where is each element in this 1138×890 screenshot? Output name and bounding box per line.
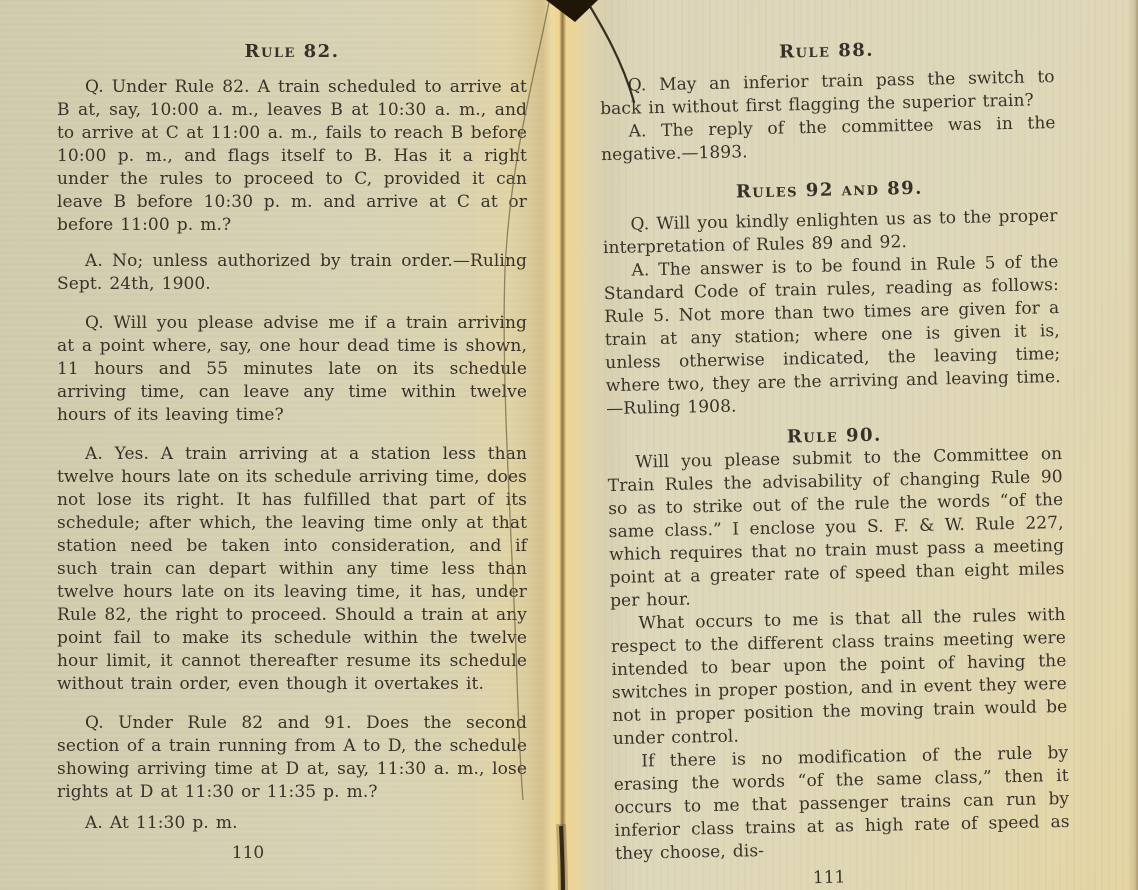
heading-rule-88: Rule 88. [599,35,1054,67]
rule90-paragraph-1: Will you please submit to the Committee … [607,443,1065,613]
heading-rules-92-and-89: Rules 92 and 89. [602,174,1057,206]
page-number-111: 111 [602,862,1057,890]
rule82-question-1: Q. Under Rule 82. A train scheduled to a… [57,76,527,237]
rule82-answer-3: A. At 11:30 p. m. [57,812,527,835]
rule88-answer: A. The reply of the committee was in the… [600,112,1056,167]
page-left-110: Rule 82. Q. Under Rule 82. A train sched… [0,0,562,890]
rule82-question-2: Q. Will you please advise me if a train … [57,312,527,427]
rule90-paragraph-2: What occurs to me is that all the rules … [610,604,1068,751]
rule82-question-3: Q. Under Rule 82 and 91. Does the second… [57,712,527,804]
rules92-89-answer: A. The answer is to be found in Rule 5 o… [603,251,1061,421]
page-right-111: Rule 88. Q. May an inferior train pass t… [562,0,1138,890]
page-number-110: 110 [13,842,483,865]
rule82-answer-2: A. Yes. A train arriving at a station le… [57,443,527,696]
rule82-answer-1: A. No; unless authorized by train order.… [57,250,527,296]
heading-rule-82: Rule 82. [57,40,527,63]
book-scan: Rule 82. Q. Under Rule 82. A train sched… [0,0,1138,890]
rule90-paragraph-3: If there is no modification of the rule … [613,742,1070,866]
